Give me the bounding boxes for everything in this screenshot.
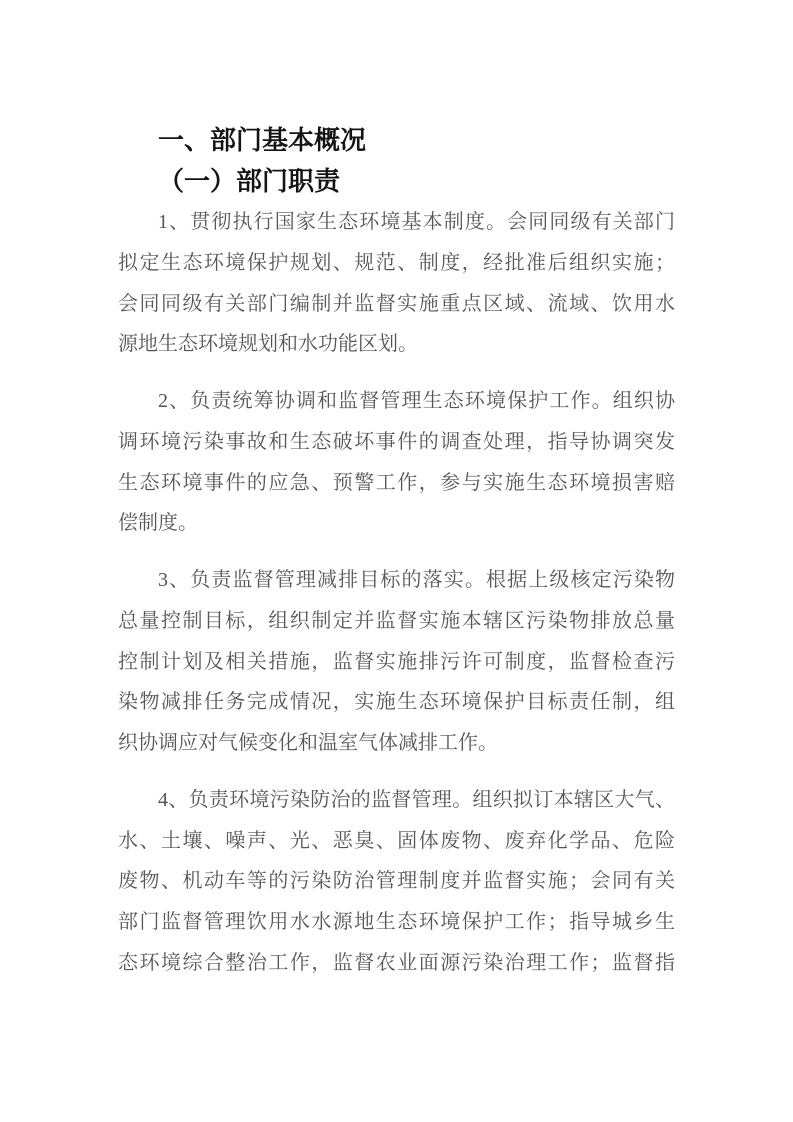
text-line: 4、负责环境污染防治的监督管理。组织拟订本辖区大气、 <box>118 780 675 821</box>
paragraph-2: 2、负责统筹协调和监督管理生态环境保护工作。组织协调环境污染事故和生态破坏事件的… <box>118 381 675 544</box>
section-heading: 一、部门基本概况 <box>118 120 675 161</box>
paragraphs: 1、贯彻执行国家生态环境基本制度。会同同级有关部门拟定生态环境保护规划、规范、制… <box>118 202 675 984</box>
text-line: 偿制度。 <box>118 503 675 544</box>
paragraph-3: 3、负责监督管理减排目标的落实。根据上级核定污染物总量控制目标，组织制定并监督实… <box>118 560 675 764</box>
text-line: 态环境综合整治工作，监督农业面源污染治理工作；监督指 <box>118 943 675 984</box>
document-body: 一、部门基本概况 （一）部门职责 1、贯彻执行国家生态环境基本制度。会同同级有关… <box>118 120 675 984</box>
text-line: 废物、机动车等的污染防治管理制度并监督实施；会同有关 <box>118 861 675 902</box>
text-line: 会同同级有关部门编制并监督实施重点区域、流域、饮用水 <box>118 284 675 325</box>
text-line: 3、负责监督管理减排目标的落实。根据上级核定污染物 <box>118 560 675 601</box>
text-line: 水、土壤、噪声、光、恶臭、固体废物、废弃化学品、危险 <box>118 821 675 862</box>
text-line: 染物减排任务完成情况，实施生态环境保护目标责任制，组 <box>118 682 675 723</box>
text-line: 调环境污染事故和生态破坏事件的调查处理，指导协调突发 <box>118 422 675 463</box>
document-page: 一、部门基本概况 （一）部门职责 1、贯彻执行国家生态环境基本制度。会同同级有关… <box>0 0 793 1122</box>
text-line: 源地生态环境规划和水功能区划。 <box>118 324 675 365</box>
text-line: 织协调应对气候变化和温室气体减排工作。 <box>118 723 675 764</box>
text-line: 控制计划及相关措施，监督实施排污许可制度，监督检查污 <box>118 642 675 683</box>
text-line: 2、负责统筹协调和监督管理生态环境保护工作。组织协 <box>118 381 675 422</box>
text-line: 1、贯彻执行国家生态环境基本制度。会同同级有关部门 <box>118 202 675 243</box>
text-line: 总量控制目标，组织制定并监督实施本辖区污染物排放总量 <box>118 601 675 642</box>
text-line: 生态环境事件的应急、预警工作，参与实施生态环境损害赔 <box>118 463 675 504</box>
paragraph-4: 4、负责环境污染防治的监督管理。组织拟订本辖区大气、水、土壤、噪声、光、恶臭、固… <box>118 780 675 984</box>
text-line: 拟定生态环境保护规划、规范、制度，经批准后组织实施； <box>118 243 675 284</box>
paragraph-1: 1、贯彻执行国家生态环境基本制度。会同同级有关部门拟定生态环境保护规划、规范、制… <box>118 202 675 365</box>
subsection-heading: （一）部门职责 <box>118 161 675 202</box>
text-line: 部门监督管理饮用水水源地生态环境保护工作；指导城乡生 <box>118 902 675 943</box>
